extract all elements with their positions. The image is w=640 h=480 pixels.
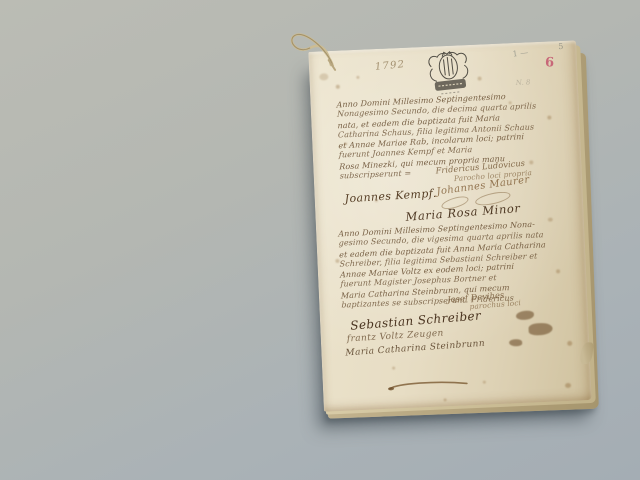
ink-blot (509, 339, 522, 347)
foxing-spot (392, 367, 395, 370)
foxing-spot (565, 383, 571, 388)
pencil-mark: 1 — (512, 48, 529, 59)
foxing-spot (547, 115, 551, 119)
paper-stack: 1792 1 — 5 6 N. 8 (308, 40, 591, 411)
binding-thread-icon (286, 24, 342, 78)
ink-blot (516, 310, 534, 320)
foxing-spot (548, 218, 553, 222)
foxing-spot (444, 398, 447, 401)
witness-signature: Sebastian Schreiber (350, 308, 482, 332)
foxing-spot (319, 73, 328, 80)
foxing-spot (375, 199, 378, 202)
foxing-spot (483, 381, 486, 384)
foxing-spot (356, 76, 359, 79)
foxing-spot (478, 76, 482, 80)
foxing-spot (567, 341, 572, 346)
foxing-spot (336, 85, 340, 89)
manuscript-page: 1792 1 — 5 6 N. 8 (308, 40, 591, 411)
foxing-spot (509, 101, 512, 104)
foxing-spot (556, 269, 560, 273)
corner-pencil-mark: 5 (558, 42, 563, 51)
photo-of-manuscript: 1792 1 — 5 6 N. 8 (0, 0, 640, 480)
pen-stroke (385, 377, 471, 393)
pencil-number: N. 8 (516, 78, 531, 87)
witness-signature: Joannes Kempf. (344, 187, 437, 206)
foxing-spot (344, 142, 347, 145)
year-annotation: 1792 (375, 59, 406, 73)
red-folio-number: 6 (545, 55, 555, 70)
ink-blot (528, 323, 553, 336)
